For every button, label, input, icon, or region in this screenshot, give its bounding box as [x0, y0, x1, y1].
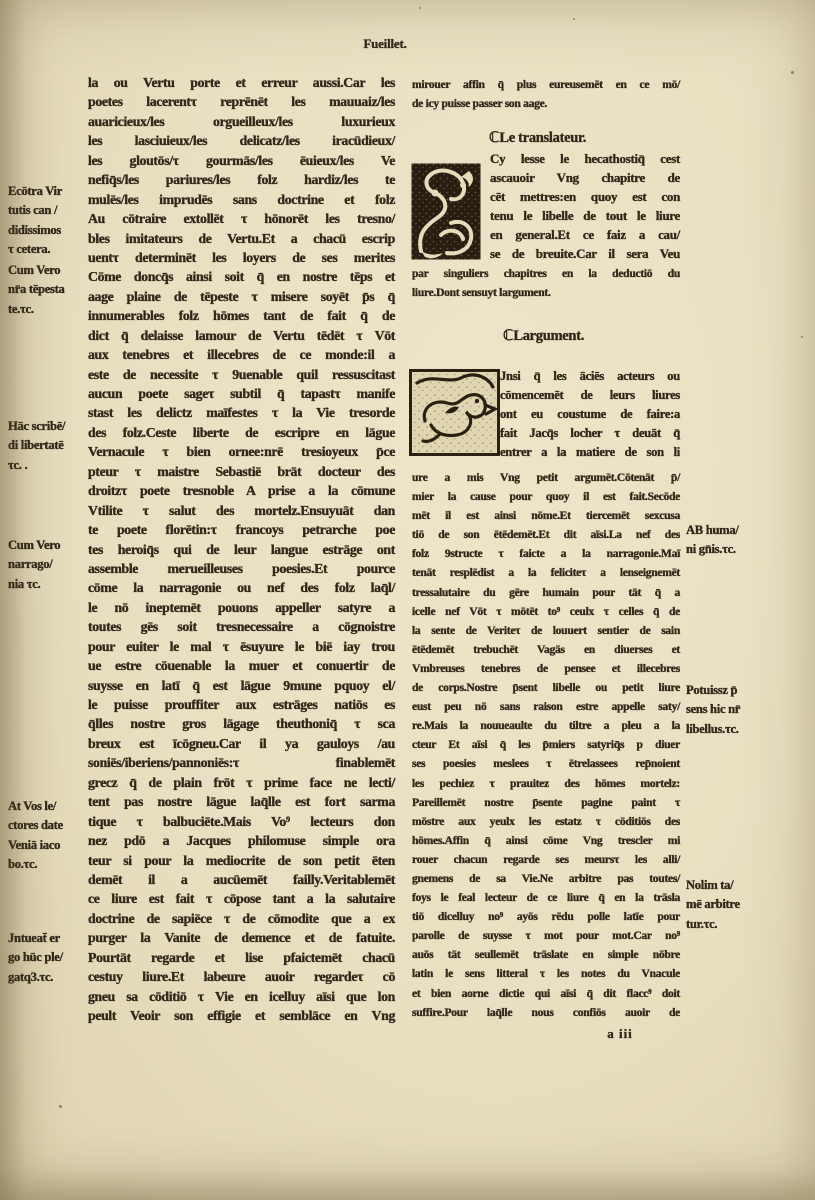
margin-note-line: narrago/ [8, 555, 88, 574]
text-line: Vtilite τ salut des mortelz.Ensuyuāt dan [88, 501, 395, 520]
margin-note-line: mē arbitre [686, 895, 810, 914]
margin-note-line: Ecōtra Vir [8, 182, 88, 201]
text-line: eust peu nō sans raison estre appelle sa… [412, 697, 680, 716]
text-line: suysse en latī q̄ est lāgue 9mune pquoy … [88, 676, 395, 695]
text-line: les lasciuieux/les delicatz/les iracūdie… [88, 131, 395, 150]
foliate-woodcut-initial-icon [411, 163, 481, 260]
text-line: cteur Et aīsi q̄ les p̄miers satyriq̄s p… [412, 735, 680, 754]
text-line: auaricieux/les orgueilleux/les luxurieux [88, 112, 395, 131]
text-line: entrer a la matiere de son li [500, 443, 680, 462]
right-text-column-body: ure a mis Vng petit argumēt.Cōtenāt p̄/m… [412, 468, 680, 1022]
margin-note-line: go hūc ple/ [8, 948, 88, 967]
margin-note-line: ni gn̄is.τc. [686, 540, 810, 559]
text-line: poetes lacerentτ reprēnēt les mauuaiz/le… [88, 92, 395, 111]
text-line: de icy puisse passer son aage. [412, 94, 680, 113]
margin-note-intueatur-ergo: Jntueat̄ ergo hūc ple/gatq3.τc. [8, 929, 88, 987]
margin-note-hanc-scribendi: Hāc scribē/di libertatēτc. . [8, 417, 88, 475]
margin-note-line: bo.τc. [8, 855, 88, 874]
text-line: stast les delictz maīfestes τ la Vie tre… [88, 403, 395, 422]
margin-note-line: te.τc. [8, 300, 88, 319]
text-line: q̄lles nostre gros lāgage theuthoniq̄ τ … [88, 714, 395, 733]
margin-note-line: Cum Vero [8, 536, 88, 555]
margin-note-line: nr̄a tēpesta [8, 280, 88, 299]
text-line: gnemens de sa Vie.Ne arbitre pas toutes/ [412, 869, 680, 888]
text-line: droitzτ poete tresnoble A prise a la cōm… [88, 481, 395, 500]
text-line: auōs tāt seullemēt trāslate en simple nō… [412, 945, 680, 964]
text-line: cōmencemēt de leurs liures [500, 386, 680, 405]
margin-note-ab-humani-generis: AB huma/ni gn̄is.τc. [686, 521, 810, 560]
margin-note-line: Nolim ta/ [686, 876, 810, 895]
text-line: Au cōtraire extollēt τ hōnorēt les tresn… [88, 209, 395, 228]
text-line: gneu sa cōditiō τ Vie en icelluy aīsi qu… [88, 987, 395, 1006]
translator-paragraph-tail: par singuliers chapitres en la deductiō … [412, 264, 680, 302]
margin-note-line: Cum Vero [8, 261, 88, 280]
margin-note-line: libellus.τc. [686, 720, 810, 739]
margin-note-line: τ cetera. [8, 240, 88, 259]
text-line: grecz q̄ de plain frōt τ prime face ne l… [88, 773, 395, 792]
text-line: par singuliers chapitres en la deductiō … [412, 264, 680, 283]
text-line: uentτ determinēt les loyers de ses merit… [88, 248, 395, 267]
text-line: suffire.Pour laq̄lle nous confiōs auoir … [412, 1003, 680, 1022]
margin-note-potuisset-libellus: Potuissz p̄sens hic nr̄libellus.τc. [686, 681, 810, 739]
margin-note-line: AB huma/ [686, 521, 810, 540]
text-line: doctrine de sapiēce τ de cōmodite que a … [88, 909, 395, 928]
text-line: ont eu coustume de faire:a [500, 405, 680, 424]
text-line: tenu le libelle de tout le liure [490, 206, 680, 225]
text-line: Cy lesse le hecathostiq̄ cest [490, 149, 680, 168]
text-line: folz 9structe τ faicte a la narragonie.M… [412, 544, 680, 563]
margin-note-nolim-tamen: Nolim ta/mē arbitretur.τc. [686, 876, 810, 934]
text-line: mirouer affin q̄ plus eureusemēt en ce m… [412, 75, 680, 94]
text-line: ētēdemēt trebuchēt Vagās en diuerses et [412, 640, 680, 659]
text-line: toutes gēs soit tresnecessaire a cōgnois… [88, 617, 395, 636]
text-line: re.Mais la nouueaulte du tiltre a pleu a… [412, 716, 680, 735]
text-line: cōme la narragonie ou nef des folz laq̄l… [88, 578, 395, 597]
margin-note-line: ctores date [8, 816, 88, 835]
margin-note-line: tur.τc. [686, 915, 810, 934]
text-line: parolle de suysse τ mot pour mot.Car no⁹ [412, 926, 680, 945]
ink-speck [573, 18, 575, 20]
text-line: Pareillemēt nostre p̄sente pagine paint … [412, 793, 680, 812]
text-line: Jnsi q̄ les āciēs acteurs ou [500, 367, 680, 386]
margin-note-line: Potuissz p̄ [686, 681, 810, 700]
ink-speck [419, 7, 421, 9]
text-line: soniēs/iberiens/pannoniēs:τ finablemēt [88, 753, 395, 772]
text-line: aux tenebres et illecebres de ce monde:i… [88, 345, 395, 364]
text-line: pteur τ maistre Sebastiē brāt docteur de… [88, 462, 395, 481]
text-line: Vmbreuses tenebres de pensee et illecebr… [412, 659, 680, 678]
zoomorphic-woodcut-initial-icon [409, 369, 500, 456]
text-line: innumerables folz hōmes tant de fait q̄ … [88, 306, 395, 325]
text-line: te poete florētin:τ francoys petrarche p… [88, 520, 395, 539]
margin-note-line: At Vos le/ [8, 797, 88, 816]
text-line: les gloutōs/τ gourmās/les ēuieux/les Ve [88, 151, 395, 170]
text-line: ses poesies meslees τ ētrelassees rep̄no… [412, 754, 680, 773]
text-line: peult Veoir son effigie et semblāce en V… [88, 1006, 395, 1025]
text-line: demēt il a aucūemēt failly.Veritablemēt [88, 870, 395, 889]
book-page-scan: Fueillet. la ou Vertu porte et erreur au… [0, 0, 815, 1200]
text-line: tique τ balbuciēte.Mais Vo⁹ lecteurs don [88, 812, 395, 831]
margin-note-line: di libertatē [8, 436, 88, 455]
margin-note-line: sens hic nr̄ [686, 700, 810, 719]
text-line: et bien aorne dictie qui aīsi q̄ dit fla… [412, 984, 680, 1003]
margin-note-cum-vero-narragonia: Cum Veronarrago/nia τc. [8, 536, 88, 594]
text-line: des folz.Ceste liberte de escripre en lā… [88, 423, 395, 442]
text-line: tent pas nostre lāgue laq̄lle est fort s… [88, 792, 395, 811]
text-line: nez pdō a Jacques philomuse simple ora [88, 831, 395, 850]
text-line: mier la cause pour quoy il est fait.Secō… [412, 487, 680, 506]
text-line: tiō de son ētēdemēt.Et dit aīsi.La nef d… [412, 525, 680, 544]
margin-note-line: Jntueat̄ er [8, 929, 88, 948]
text-line: ue estre cōuenable la muer et conuertir … [88, 656, 395, 675]
text-line: latin le sens litteral τ les notes du Vn… [412, 964, 680, 983]
section-heading-translator: ℂLe translateur. [489, 129, 689, 148]
text-line: cestuy liure.Et labeure auoir regardeτ c… [88, 967, 395, 986]
text-line: la ou Vertu porte et erreur aussi.Car le… [88, 73, 395, 92]
text-line: Cōme doncq̄s ainsi soit q̄ en nostre tēp… [88, 267, 395, 286]
text-line: teur si pour la mediocrite de son petit … [88, 851, 395, 870]
text-line: hōmes.Affin q̄ ainsi cōme Vng trescler m… [412, 831, 680, 850]
text-line: mēt il est ainsi nōme.Et tiercemēt sexcu… [412, 506, 680, 525]
ink-speck [59, 1105, 62, 1108]
margin-note-cum-vero-tempestate: Cum Veronr̄a tēpestate.τc. [8, 261, 88, 319]
text-line: mulēs/les imprudēs sans doctrine et folz [88, 190, 395, 209]
text-line: foys le feal lecteur de ce liure q̄ en l… [412, 888, 680, 907]
text-line: ce liure est fait τ cōpose tant a la sal… [88, 889, 395, 908]
margin-note-line: τc. . [8, 456, 88, 475]
text-line: este de necessite τ 9uenable quil ressus… [88, 365, 395, 384]
text-line: mōstre aux yeulx les estatz τ cōditiōs d… [412, 812, 680, 831]
margin-note-line: Veniā iaco [8, 836, 88, 855]
text-line: ascauoir Vng chapitre de [490, 168, 680, 187]
translator-paragraph: Cy lesse le hecathostiq̄ cestascauoir Vn… [490, 149, 680, 264]
text-line: Pourtāt regarde et lise pfaictemēt chacū [88, 948, 395, 967]
text-line: dict q̄ delaisse lamour de Vertu tēdēt τ… [88, 326, 395, 345]
ink-speck [801, 336, 803, 338]
margin-note-line: didissimos [8, 221, 88, 240]
signature-mark: a iii [578, 1026, 662, 1042]
text-line: les pechiez τ prauitez des hōmes mortelz… [412, 774, 680, 793]
margin-note-line: tutis can / [8, 201, 88, 220]
text-line: aage plaine de tēpeste τ misere soyēt p̄… [88, 287, 395, 306]
text-line: cēt mettres:en quoy est con [490, 187, 680, 206]
text-line: le puisse prouffiter aux estrāges natiōs… [88, 695, 395, 714]
text-line: purger la Vanite de demence et de fatuit… [88, 928, 395, 947]
margin-note-line: nia τc. [8, 575, 88, 594]
running-head: Fueillet. [300, 36, 470, 52]
text-line: la sente de Veriteτ de louuert sentier d… [412, 621, 680, 640]
margin-note-contra-virtutis: Ecōtra Virtutis can /didissimosτ cetera. [8, 182, 88, 260]
text-line: ure a mis Vng petit argumēt.Cōtenāt p̄/ [412, 468, 680, 487]
margin-note-line: gatq3.τc. [8, 968, 88, 987]
text-line: breux est īcōgneu.Car il ya gauloys /au [88, 734, 395, 753]
text-line: rouer chacun regarde ses meursτ les alli… [412, 850, 680, 869]
text-line: bles imitateurs de Vertu.Et a chacū escr… [88, 229, 395, 248]
text-line: en general.Et ce faiz a cau/ [490, 225, 680, 244]
text-line: icelle nef Vōt τ mōtēt to⁹ ceulx τ celle… [412, 602, 680, 621]
text-line: nefiq̄s/les pariures/les folz hardiz/les… [88, 170, 395, 189]
ink-speck [791, 71, 794, 74]
text-line: pour euiter le mal τ ēsuyure le biē iay … [88, 637, 395, 656]
text-line: fait Jacq̄s locher τ deuāt q̄ [500, 424, 680, 443]
text-line: liure.Dont sensuyt largument. [412, 283, 680, 302]
text-line: tressalutaire du gēre humain pour tāt q̄… [412, 583, 680, 602]
text-line: Vernacule τ bien ornee:nrē tresioyeux p̄… [88, 442, 395, 461]
margin-note-at-vos-lectores: At Vos le/ctores dateVeniā iacobo.τc. [8, 797, 88, 875]
right-text-column-intro: mirouer affin q̄ plus eureusemēt en ce m… [412, 75, 680, 113]
text-line: assemble merueilleuses poesies.Et pource [88, 559, 395, 578]
section-heading-argument: ℂLargument. [503, 327, 663, 346]
text-line: se de breuite.Car il sera Veu [490, 244, 680, 263]
margin-note-line: Hāc scribē/ [8, 417, 88, 436]
text-line: de corps.Nostre p̄sent libelle ou petit … [412, 678, 680, 697]
left-text-column: la ou Vertu porte et erreur aussi.Car le… [88, 73, 395, 1025]
text-line: le nō ineptemēt pouons appeller satyre a [88, 598, 395, 617]
argument-paragraph: Jnsi q̄ les āciēs acteurs oucōmencemēt d… [500, 367, 680, 462]
text-line: tenāt resplēdist a la feliciteτ a lensei… [412, 563, 680, 582]
text-line: tiō dicelluy no⁹ ayōs rēdu polle latīe p… [412, 907, 680, 926]
text-line: tes heroiq̄s qui de leur langue estrāge … [88, 540, 395, 559]
text-line: aucun poete sageτ subtil q̄ tapastτ mani… [88, 384, 395, 403]
